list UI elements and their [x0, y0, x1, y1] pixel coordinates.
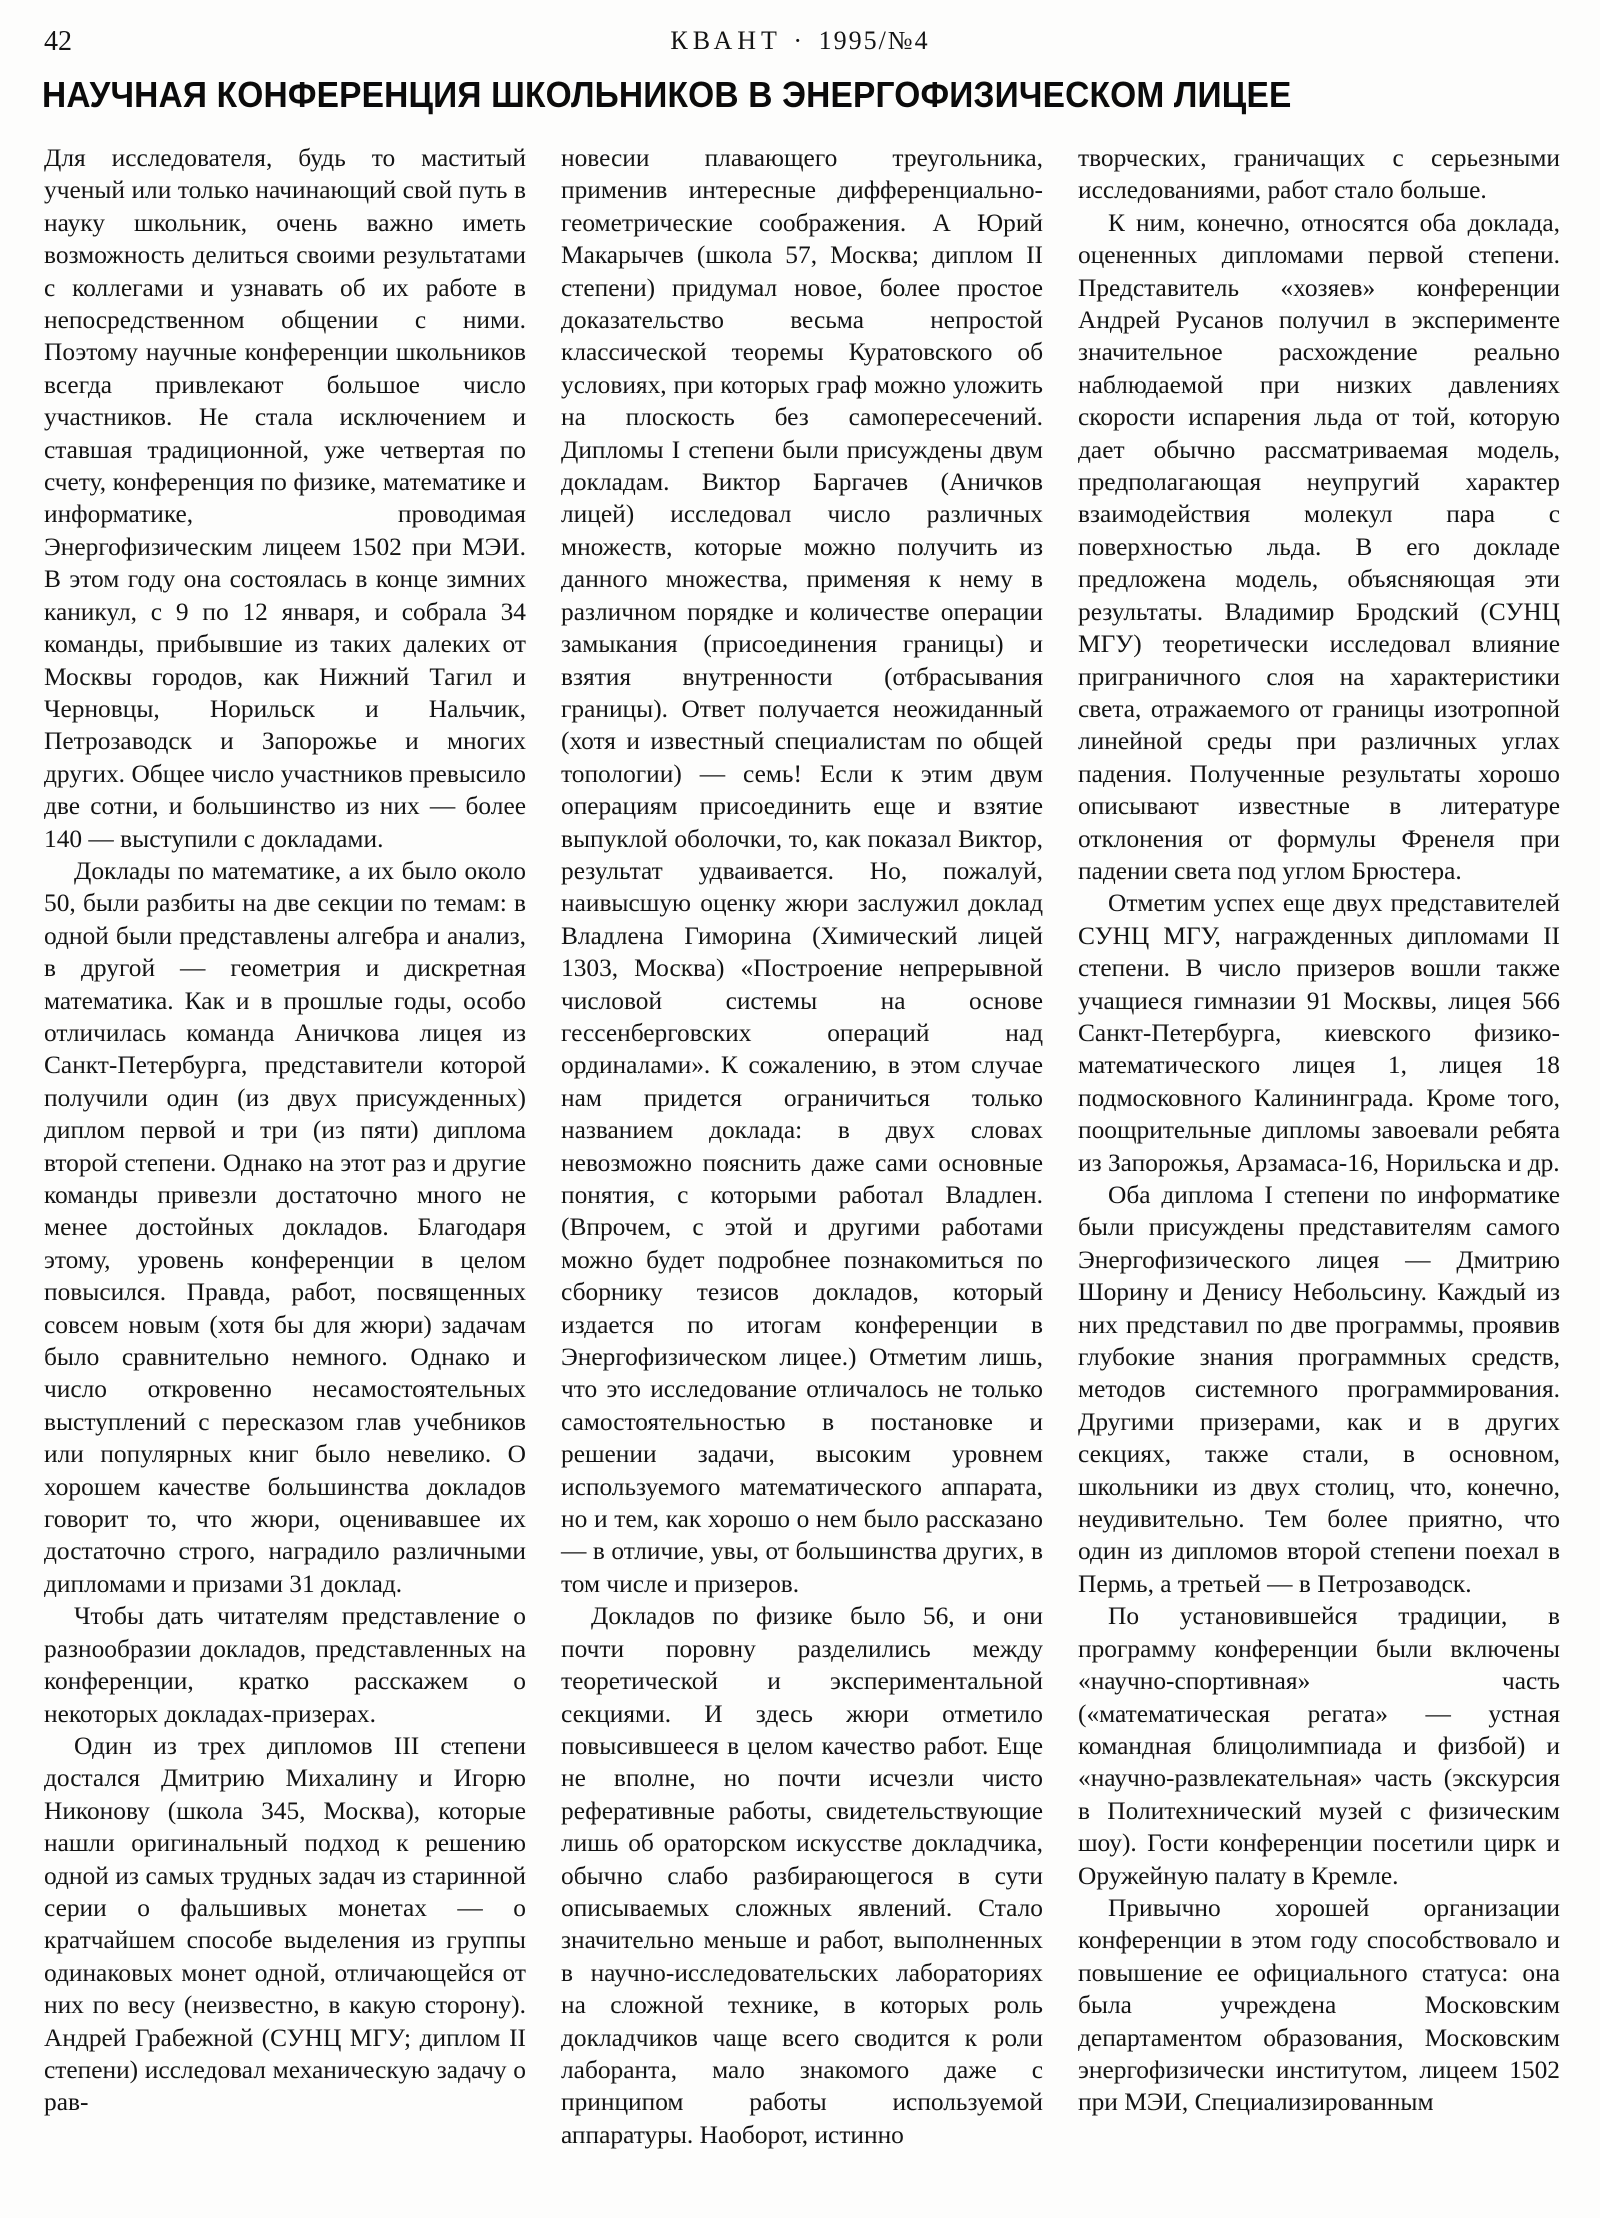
issue-number: 1995/№4	[819, 26, 930, 55]
paragraph: новесии плавающего треугольника, примени…	[561, 142, 1043, 1600]
running-head-separator: ·	[793, 26, 807, 55]
paragraph: К ним, конечно, относятся оба доклада, о…	[1078, 207, 1560, 888]
paragraph: Чтобы дать читателям представление о раз…	[44, 1600, 526, 1730]
journal-name: КВАНТ	[670, 26, 781, 55]
article-body: Для исследователя, будь то маститый учен…	[44, 142, 1560, 2182]
paragraph: Оба диплома I степени по информатике был…	[1078, 1179, 1560, 1600]
paragraph: Привычно хорошей организации конференции…	[1078, 1892, 1560, 2119]
paragraph: Доклады по математике, а их было около 5…	[44, 855, 526, 1600]
paragraph: Докладов по физике было 56, и они почти …	[561, 1600, 1043, 2151]
paragraph: Отметим успех еще двух представителей СУ…	[1078, 887, 1560, 1179]
column-right: творческих, граничащих с серьезными иссл…	[1078, 142, 1560, 2182]
paragraph: творческих, граничащих с серьезными иссл…	[1078, 142, 1560, 207]
paragraph: По установившейся традиции, в программу …	[1078, 1600, 1560, 1892]
running-head: КВАНТ · 1995/№4	[0, 26, 1600, 56]
paragraph: Для исследователя, будь то маститый учен…	[44, 142, 526, 855]
column-middle: новесии плавающего треугольника, примени…	[561, 142, 1043, 2182]
column-left: Для исследователя, будь то маститый учен…	[44, 142, 526, 2182]
article-title: НАУЧНАЯ КОНФЕРЕНЦИЯ ШКОЛЬНИКОВ В ЭНЕРГОФ…	[42, 74, 1493, 116]
paragraph: Один из трех дипломов III степени достал…	[44, 1730, 526, 2119]
